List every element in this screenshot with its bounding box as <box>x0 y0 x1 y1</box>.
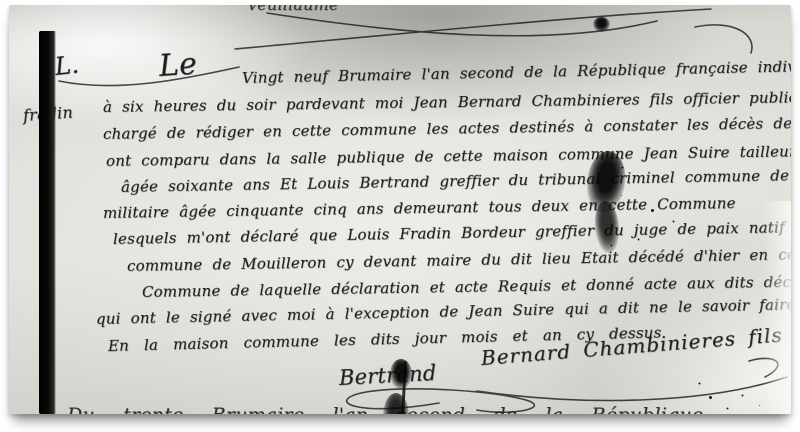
ink-specks <box>9 5 12 8</box>
ink-blot <box>390 359 412 389</box>
document-scan: fradin L. Veuillaume Le Vingt neuf Bruma… <box>9 5 791 414</box>
ink-blot <box>593 17 610 32</box>
page-edge-highlight <box>763 201 791 414</box>
registry-scan-photo: fradin L. Veuillaume Le Vingt neuf Bruma… <box>0 0 800 432</box>
pen-flourishes <box>9 5 791 414</box>
